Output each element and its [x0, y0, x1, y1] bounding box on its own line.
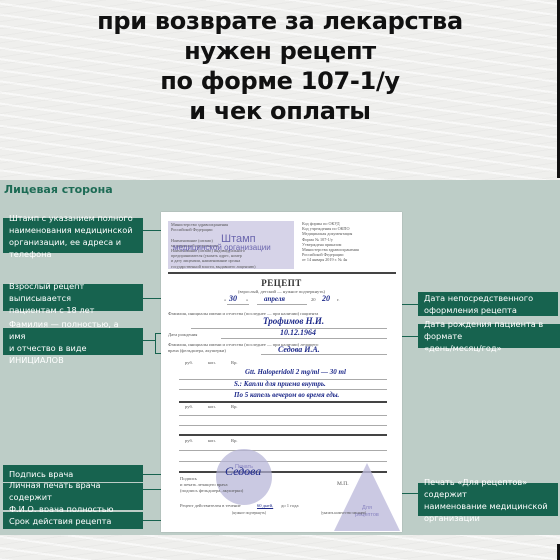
callout-stamp-info: Штамп с указанием полного наименования м… — [3, 218, 143, 253]
year-prefix: 20 — [311, 297, 316, 302]
headline: при возврате за лекарства нужен рецепт п… — [0, 6, 560, 126]
signature-label: Подпись и печать лечащего врача (подпись… — [180, 476, 243, 494]
validity-value: 60 дней, — [257, 503, 273, 508]
panel-title: Лицевая сторона — [4, 183, 113, 196]
field-underline — [221, 338, 387, 339]
callout-adult-prescription: Взрослый рецепт выписывается пациентам с… — [3, 284, 143, 311]
birth-date: 10.12.1964 — [280, 328, 316, 337]
connector-line — [155, 333, 156, 353]
rx-rule — [179, 425, 387, 426]
quote-close: » — [246, 297, 248, 302]
birth-label: Дата рождения — [168, 332, 197, 337]
mp-label: М.П. — [337, 481, 349, 487]
divider — [168, 272, 396, 274]
callout-validity: Срок действия рецепта — [3, 512, 143, 529]
rp-label: Rp. — [231, 360, 238, 365]
price-rub: руб. — [185, 438, 193, 443]
callout-birth-date: Дата рождения пациента в формате «день/м… — [418, 324, 560, 348]
price-kop: коп. — [208, 404, 216, 409]
date-underline — [257, 304, 307, 305]
validity-hint: (нужное подчеркнуть) — [232, 511, 266, 515]
connector-line — [143, 340, 155, 341]
rx-stamp — [334, 463, 400, 531]
rp-label: Rp. — [231, 438, 238, 443]
headline-line: нужен рецепт — [0, 36, 560, 66]
validity-prefix: Рецепт действителен в течение — [180, 503, 241, 508]
headline-line: при возврате за лекарства — [0, 6, 560, 36]
rx-line-2: S.: Капли для приема внутрь. — [234, 380, 326, 388]
callout-issue-date: Дата непосредственного оформления рецепт… — [418, 292, 558, 316]
stamp-subtitle: медицинской организации — [173, 243, 271, 252]
field-underline — [261, 354, 387, 355]
rx-rule — [179, 450, 387, 451]
rx-divider — [179, 401, 387, 403]
rx-rule — [179, 415, 387, 416]
date-day: 30 — [229, 294, 237, 303]
type-hint: (взрослый, детский — нужное подчеркнуть) — [161, 289, 402, 294]
rx-rule — [179, 461, 387, 462]
callout-doctor-stamp: Личная печать врача содержит Ф.И.О. врач… — [3, 483, 143, 510]
callout-patient-name: Фамилия — полностью, а имя и отчество в … — [3, 328, 143, 355]
date-year: 20 — [322, 294, 330, 303]
rx-rule — [179, 389, 387, 390]
rx-line-1: Gtt. Haloperidoli 2 mg/ml — 30 ml — [245, 368, 346, 376]
rp-label: Rp. — [231, 404, 238, 409]
recipe-title: РЕЦЕПТ — [161, 278, 402, 288]
year-suffix: г. — [337, 297, 340, 302]
rx-divider — [179, 434, 387, 436]
price-kop: коп. — [208, 438, 216, 443]
price-kop: коп. — [208, 360, 216, 365]
price-rub: руб. — [185, 404, 193, 409]
price-rub: руб. — [185, 360, 193, 365]
callout-rx-stamp: Печать «Для рецептов» содержит наименова… — [418, 483, 558, 516]
rx-line-3: По 5 капель вечером во время еды. — [234, 391, 339, 399]
headline-line: по форме 107-1/у — [0, 66, 560, 96]
date-month: апреля — [264, 295, 285, 303]
validity-suffix: до 1 года — [281, 503, 299, 508]
header-right-text: Код формы по ОКУД Код учреждения по ОКПО… — [302, 221, 397, 263]
doctor-name: Седова И.А. — [278, 345, 320, 354]
quote-open: « — [224, 297, 226, 302]
headline-line: и чек оплаты — [0, 96, 560, 126]
patient-name: Трофимов Н.И. — [263, 316, 324, 326]
date-underline — [227, 304, 249, 305]
rx-stamp-caption: (указать количество месяцев) — [321, 511, 366, 515]
